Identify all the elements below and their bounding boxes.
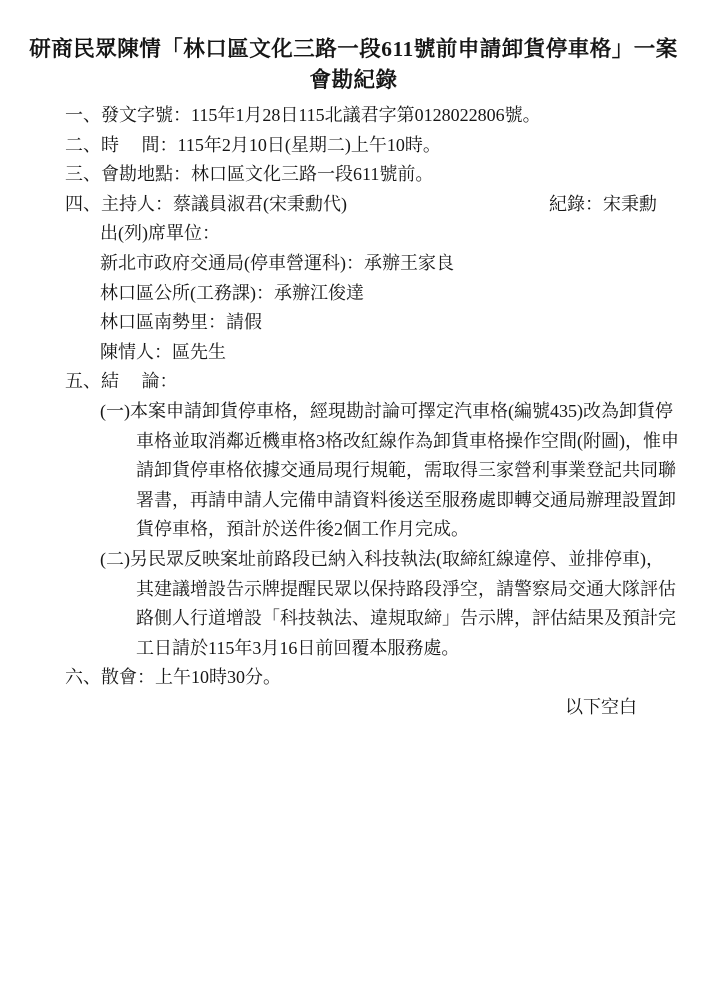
conclusion-item-2-line-4: 工日請於115年3月16日前回覆本服務處。 — [65, 634, 707, 664]
document-title: 研商民眾陳情「林口區文化三路一段611號前申請卸貨停車格」一案 會勘紀錄 — [0, 0, 707, 96]
line-issue-number: 一、發文字號：115年1月28日115北議君字第0128022806號。 — [65, 101, 707, 131]
line-attendee-village: 林口區南勢里：請假 — [65, 308, 707, 338]
recorder-text: 紀錄：宋秉勳 — [549, 190, 657, 220]
conclusion-item-2-line-3: 路側人行道增設「科技執法、違規取締」告示牌，評估結果及預計完 — [65, 604, 707, 634]
document-page: 研商民眾陳情「林口區文化三路一段611號前申請卸貨停車格」一案 會勘紀錄 一、發… — [0, 0, 707, 1000]
conclusion-item-1-line-4: 署書，再請申請人完備申請資料後送至服務處即轉交通局辦理設置卸 — [65, 486, 707, 516]
title-line-2: 會勘紀錄 — [0, 65, 707, 96]
conclusion-item-1-line-2: 車格並取消鄰近機車格3格改紅線作為卸貨車格操作空間(附圖)，惟申 — [65, 427, 707, 457]
line-meeting-time: 二、時 間：115年2月10日(星期二)上午10時。 — [65, 131, 707, 161]
conclusion-item-1-line-5: 貨停車格，預計於送件後2個工作月完成。 — [65, 515, 707, 545]
line-attendee-transport-bureau: 新北市政府交通局(停車營運科)：承辦王家良 — [65, 249, 707, 279]
conclusion-item-2-line-2: 其建議增設告示牌提醒民眾以保持路段淨空，請警察局交通大隊評估 — [65, 575, 707, 605]
document-body: 一、發文字號：115年1月28日115北議君字第0128022806號。 二、時… — [0, 101, 707, 722]
line-attendee-district-office: 林口區公所(工務課)：承辦江俊達 — [65, 279, 707, 309]
title-line-1: 研商民眾陳情「林口區文化三路一段611號前申請卸貨停車格」一案 — [0, 34, 707, 65]
conclusion-item-1-line-3: 請卸貨停車格依據交通局現行規範，需取得三家營利事業登記共同聯 — [65, 456, 707, 486]
line-conclusion-header: 五、結 論： — [65, 367, 707, 397]
conclusion-item-2-line-1: (二)另民眾反映案址前路段已納入科技執法(取締紅線違停、並排停車)， — [65, 545, 707, 575]
blank-below-note: 以下空白 — [65, 693, 637, 723]
line-attendees-header: 出(列)席單位： — [65, 219, 707, 249]
line-chairperson: 四、主持人：蔡議員淑君(宋秉勳代) 紀錄：宋秉勳 — [65, 190, 657, 220]
conclusion-item-1-line-1: (一)本案申請卸貨停車格，經現勘討論可擇定汽車格(編號435)改為卸貨停 — [65, 397, 707, 427]
line-adjournment: 六、散會：上午10時30分。 — [65, 663, 707, 693]
chairperson-text: 四、主持人：蔡議員淑君(宋秉勳代) — [65, 190, 347, 220]
line-meeting-location: 三、會勘地點：林口區文化三路一段611號前。 — [65, 160, 707, 190]
line-attendee-petitioner: 陳情人：區先生 — [65, 338, 707, 368]
